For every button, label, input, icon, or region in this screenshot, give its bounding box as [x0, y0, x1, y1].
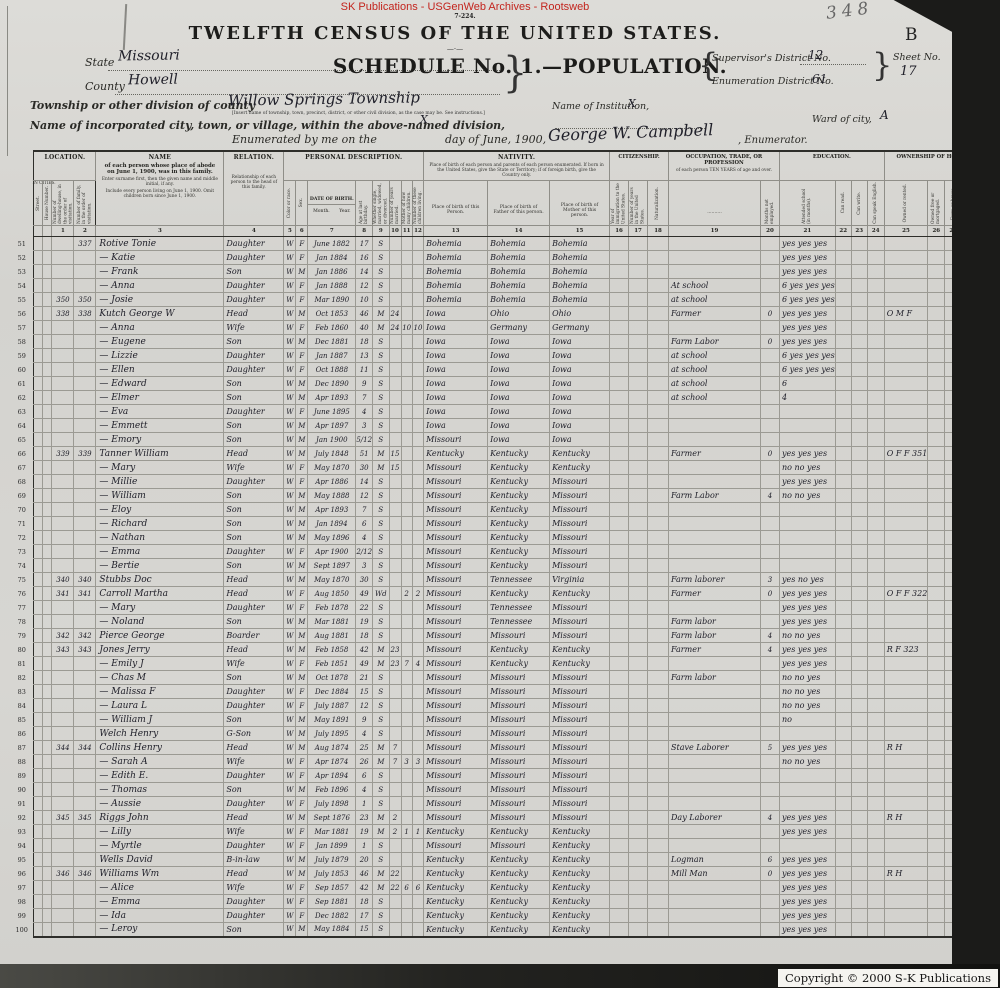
county-value: Howell — [128, 72, 178, 89]
years-in-us-cell — [629, 363, 648, 377]
age-cell: 19 — [356, 825, 373, 839]
mother-birthplace-cell: Missouri — [550, 531, 610, 545]
line-number: 67 — [10, 461, 34, 475]
children-living-cell — [412, 629, 423, 643]
city-label: Name of incorporated city, town, or vill… — [30, 119, 505, 132]
census-row: 58— EugeneSonWMDec 188118SIowaIowaIowaFa… — [10, 335, 1000, 349]
column-number: 8 — [356, 226, 373, 237]
left-gutter — [10, 151, 34, 237]
house-number-cell — [43, 783, 52, 797]
relation-cell: Son — [224, 391, 284, 405]
education-cell — [779, 769, 835, 783]
occupation-cell — [669, 769, 761, 783]
birthplace-cell: Missouri — [424, 755, 488, 769]
ownership-cell — [884, 391, 928, 405]
can-read-cell — [835, 657, 851, 671]
mother-of-children-cell — [401, 265, 412, 279]
months-not-employed-cell — [760, 769, 779, 783]
can-write-cell — [851, 573, 867, 587]
sex-cell: F — [296, 405, 308, 419]
line-number: 91 — [10, 797, 34, 811]
census-row: 74— BertieSonWMSept 18973SMissouriKentuc… — [10, 559, 1000, 573]
years-married-cell — [389, 671, 401, 685]
speaks-english-cell — [867, 405, 884, 419]
line-number: 75 — [10, 573, 34, 587]
name-cell: — Nathan — [96, 531, 224, 545]
mother-birthplace-cell: Iowa — [550, 433, 610, 447]
education-cell: no no yes — [779, 461, 835, 475]
column-number: 19 — [669, 226, 761, 237]
marital-status-cell: M — [373, 321, 389, 335]
education-cell: yes yes yes — [779, 251, 835, 265]
birthplace-cell: Iowa — [424, 377, 488, 391]
sheet-label: Sheet No. — [893, 52, 941, 63]
relation-cell: Daughter — [224, 293, 284, 307]
free-mortgaged-cell — [928, 391, 945, 405]
header-occupation: OCCUPATION, TRADE, OR PROFESSION of each… — [669, 151, 780, 181]
census-row: 71— RichardSonWMJan 18946SMissouriKentuc… — [10, 517, 1000, 531]
house-number-cell — [43, 279, 52, 293]
education-cell: 6 — [779, 377, 835, 391]
can-write-cell — [851, 293, 867, 307]
free-mortgaged-cell — [928, 839, 945, 853]
name-cell: — Elmer — [96, 391, 224, 405]
can-read-cell — [835, 265, 851, 279]
color-cell: W — [284, 727, 296, 741]
census-row: 73— EmmaDaughterWFApr 19002/12SMissouriK… — [10, 545, 1000, 559]
years-in-us-cell — [629, 895, 648, 909]
mother-birthplace-cell: Bohemia — [550, 293, 610, 307]
dwelling-number-cell — [52, 657, 74, 671]
speaks-english-cell — [867, 783, 884, 797]
relation-cell: Son — [224, 419, 284, 433]
years-in-us-cell — [629, 419, 648, 433]
dwelling-number-cell — [52, 251, 74, 265]
children-living-cell — [412, 923, 423, 937]
can-read-cell — [835, 545, 851, 559]
speaks-english-cell — [867, 503, 884, 517]
occupation-cell — [669, 825, 761, 839]
marital-status-cell: S — [373, 727, 389, 741]
sex-cell: M — [296, 531, 308, 545]
immigration-year-cell — [610, 461, 629, 475]
name-cell: Pierce George — [96, 629, 224, 643]
years-married-cell — [389, 335, 401, 349]
naturalization-cell — [648, 489, 669, 503]
speaks-english-cell — [867, 699, 884, 713]
can-write-cell — [851, 251, 867, 265]
free-mortgaged-cell — [928, 797, 945, 811]
birth-date-cell: May 1896 — [308, 531, 356, 545]
age-cell: 23 — [356, 811, 373, 825]
can-write-cell — [851, 391, 867, 405]
age-cell: 7 — [356, 503, 373, 517]
birthplace-cell: Missouri — [424, 433, 488, 447]
can-write-cell — [851, 629, 867, 643]
can-write-cell — [851, 797, 867, 811]
months-not-employed-cell — [760, 615, 779, 629]
marital-status-cell: S — [373, 391, 389, 405]
sex-cell: M — [296, 573, 308, 587]
ownership-cell: R H — [884, 741, 928, 755]
birth-date-cell: Aug 1874 — [308, 741, 356, 755]
education-cell: yes yes yes — [779, 741, 835, 755]
column-number: 5 — [284, 226, 296, 237]
years-married-cell — [389, 349, 401, 363]
name-cell: — Ellen — [96, 363, 224, 377]
children-living-cell — [412, 531, 423, 545]
occupation-cell: Farm Labor — [669, 335, 761, 349]
naturalization-cell — [648, 755, 669, 769]
mother-of-children-cell — [401, 461, 412, 475]
years-in-us-cell — [629, 755, 648, 769]
dwelling-number-cell: 342 — [52, 629, 74, 643]
years-married-cell — [389, 489, 401, 503]
speaks-english-cell — [867, 237, 884, 251]
free-mortgaged-cell — [928, 363, 945, 377]
state-label: State — [85, 56, 114, 69]
relation-cell: Daughter — [224, 909, 284, 923]
years-in-us-cell — [629, 699, 648, 713]
dwelling-number-cell — [52, 769, 74, 783]
birth-date-cell: Sep 1857 — [308, 881, 356, 895]
name-cell: — William — [96, 489, 224, 503]
dwelling-number-cell — [52, 601, 74, 615]
header-mother-birthplace: Place of birth of Mother of this person. — [550, 181, 610, 226]
color-cell: W — [284, 461, 296, 475]
column-number: 1 — [52, 226, 74, 237]
birthplace-cell: Missouri — [424, 643, 488, 657]
can-write-cell — [851, 307, 867, 321]
line-number: 69 — [10, 489, 34, 503]
marital-status-cell: S — [373, 769, 389, 783]
marital-status-cell: S — [373, 559, 389, 573]
months-not-employed-cell — [760, 377, 779, 391]
census-row: 92345345Riggs JohnHeadWMSept 187623M2Mis… — [10, 811, 1000, 825]
marital-status-cell: S — [373, 601, 389, 615]
children-living-cell — [412, 839, 423, 853]
birth-date-cell: Jan 1899 — [308, 839, 356, 853]
can-read-cell — [835, 461, 851, 475]
free-mortgaged-cell — [928, 559, 945, 573]
occupation-cell — [669, 503, 761, 517]
birthplace-cell: Missouri — [424, 797, 488, 811]
family-number-cell — [74, 433, 96, 447]
education-cell: yes no yes — [779, 573, 835, 587]
census-row: 72— NathanSonWMMay 18964SMissouriKentuck… — [10, 531, 1000, 545]
dwelling-number-cell — [52, 713, 74, 727]
census-tbody: 51337Rotive TonieDaughterWFJune 188217SB… — [10, 237, 1000, 937]
ownership-cell: R H — [884, 811, 928, 825]
mother-of-children-cell — [401, 713, 412, 727]
immigration-year-cell — [610, 363, 629, 377]
age-cell: 51 — [356, 447, 373, 461]
age-cell: 7 — [356, 391, 373, 405]
education-cell: yes yes yes — [779, 643, 835, 657]
children-living-cell — [412, 405, 423, 419]
children-living-cell — [412, 293, 423, 307]
ownership-cell — [884, 825, 928, 839]
sex-cell: M — [296, 335, 308, 349]
father-birthplace-cell: Iowa — [488, 391, 550, 405]
children-living-cell — [412, 475, 423, 489]
street-cell — [34, 321, 43, 335]
census-row: 87344344Collins HenryHeadWMAug 187425M7M… — [10, 741, 1000, 755]
mother-birthplace-cell: Kentucky — [550, 447, 610, 461]
months-not-employed-cell — [760, 503, 779, 517]
dwelling-number-cell — [52, 895, 74, 909]
relation-cell: Son — [224, 559, 284, 573]
can-write-cell — [851, 433, 867, 447]
relation-cell: Son — [224, 531, 284, 545]
years-married-cell — [389, 405, 401, 419]
birthplace-cell: Bohemia — [424, 279, 488, 293]
relation-cell: Daughter — [224, 279, 284, 293]
speaks-english-cell — [867, 587, 884, 601]
occupation-cell — [669, 881, 761, 895]
months-not-employed-cell — [760, 251, 779, 265]
can-write-cell — [851, 335, 867, 349]
father-birthplace-cell: Kentucky — [488, 503, 550, 517]
months-not-employed-cell — [760, 475, 779, 489]
mother-birthplace-cell: Missouri — [550, 727, 610, 741]
census-row: 55350350— JosieDaughterWFMar 189010SBohe… — [10, 293, 1000, 307]
house-number-cell — [43, 797, 52, 811]
speaks-english-cell — [867, 923, 884, 937]
relation-cell: Head — [224, 307, 284, 321]
education-cell: yes yes yes — [779, 825, 835, 839]
can-read-cell — [835, 489, 851, 503]
mother-of-children-cell — [401, 335, 412, 349]
marital-status-cell: M — [373, 461, 389, 475]
relation-cell: Daughter — [224, 405, 284, 419]
can-write-cell — [851, 783, 867, 797]
house-number-cell — [43, 377, 52, 391]
can-read-cell — [835, 447, 851, 461]
relation-cell: Son — [224, 503, 284, 517]
immigration-year-cell — [610, 503, 629, 517]
marital-status-cell: S — [373, 615, 389, 629]
street-cell — [34, 867, 43, 881]
immigration-year-cell — [610, 839, 629, 853]
birthplace-cell: Missouri — [424, 699, 488, 713]
header-education: EDUCATION. — [779, 151, 884, 181]
can-write-cell — [851, 419, 867, 433]
header-years-married: Number of years married. — [389, 181, 401, 226]
line-number: 73 — [10, 545, 34, 559]
column-number — [34, 226, 43, 237]
family-number-cell: 341 — [74, 587, 96, 601]
can-write-cell — [851, 349, 867, 363]
father-birthplace-cell: Missouri — [488, 797, 550, 811]
occupation-cell: at school — [669, 391, 761, 405]
years-married-cell: 23 — [389, 657, 401, 671]
family-number-cell — [74, 335, 96, 349]
years-in-us-cell — [629, 769, 648, 783]
color-cell: W — [284, 531, 296, 545]
children-living-cell — [412, 489, 423, 503]
months-not-employed-cell: 5 — [760, 741, 779, 755]
months-not-employed-cell — [760, 895, 779, 909]
name-cell: — Eloy — [96, 503, 224, 517]
enumeration-district-value: 61 — [812, 72, 827, 86]
name-cell: — Eugene — [96, 335, 224, 349]
birth-date-cell: Sept 1876 — [308, 811, 356, 825]
ownership-cell: R H — [884, 867, 928, 881]
years-married-cell — [389, 923, 401, 937]
months-not-employed-cell: 0 — [760, 307, 779, 321]
children-living-cell: 6 — [412, 881, 423, 895]
speaks-english-cell — [867, 671, 884, 685]
dwelling-number-cell — [52, 923, 74, 937]
father-birthplace-cell: Kentucky — [488, 643, 550, 657]
dwelling-number-cell — [52, 699, 74, 713]
marital-status-cell: M — [373, 811, 389, 825]
name-cell: — Thomas — [96, 783, 224, 797]
can-write-cell — [851, 363, 867, 377]
birth-date-cell: July 1879 — [308, 853, 356, 867]
header-sex: Sex. — [296, 181, 308, 226]
schedule-title: SCHEDULE No. 1.—POPULATION. — [330, 54, 730, 78]
years-married-cell — [389, 377, 401, 391]
birth-date-cell: Feb 1896 — [308, 783, 356, 797]
marital-status-cell: S — [373, 671, 389, 685]
free-mortgaged-cell — [928, 279, 945, 293]
immigration-year-cell — [610, 825, 629, 839]
immigration-year-cell — [610, 279, 629, 293]
line-number: 53 — [10, 265, 34, 279]
street-cell — [34, 881, 43, 895]
education-cell: yes yes yes — [779, 447, 835, 461]
sex-cell: F — [296, 839, 308, 853]
street-cell — [34, 587, 43, 601]
years-in-us-cell — [629, 391, 648, 405]
family-number-cell — [74, 895, 96, 909]
line-number: 55 — [10, 293, 34, 307]
census-row: 60— EllenDaughterWFOct 188811SIowaIowaIo… — [10, 363, 1000, 377]
years-in-us-cell — [629, 335, 648, 349]
free-mortgaged-cell — [928, 699, 945, 713]
children-living-cell — [412, 265, 423, 279]
father-birthplace-cell: Kentucky — [488, 531, 550, 545]
mother-of-children-cell — [401, 839, 412, 853]
can-write-cell — [851, 461, 867, 475]
children-living-cell — [412, 797, 423, 811]
marital-status-cell: M — [373, 741, 389, 755]
immigration-year-cell — [610, 405, 629, 419]
naturalization-cell — [648, 419, 669, 433]
free-mortgaged-cell — [928, 713, 945, 727]
age-cell: 30 — [356, 461, 373, 475]
immigration-year-cell — [610, 671, 629, 685]
education-cell: yes yes yes — [779, 475, 835, 489]
mother-birthplace-cell: Kentucky — [550, 909, 610, 923]
free-mortgaged-cell — [928, 573, 945, 587]
age-cell: 14 — [356, 265, 373, 279]
age-cell: 12 — [356, 489, 373, 503]
age-cell: 3 — [356, 559, 373, 573]
street-cell — [34, 783, 43, 797]
ownership-cell — [884, 293, 928, 307]
can-read-cell — [835, 629, 851, 643]
state-value: Missouri — [118, 47, 180, 64]
father-birthplace-cell: Kentucky — [488, 825, 550, 839]
name-cell: — Emma — [96, 545, 224, 559]
naturalization-cell — [648, 433, 669, 447]
family-number-cell — [74, 923, 96, 937]
name-cell: — Laura L — [96, 699, 224, 713]
name-cell: Welch Henry — [96, 727, 224, 741]
street-cell — [34, 643, 43, 657]
mother-of-children-cell: 10 — [401, 321, 412, 335]
name-cell: Riggs John — [96, 811, 224, 825]
dwelling-number-cell — [52, 909, 74, 923]
years-in-us-cell — [629, 727, 648, 741]
occupation-cell — [669, 321, 761, 335]
line-number: 70 — [10, 503, 34, 517]
family-number-cell: 342 — [74, 629, 96, 643]
can-write-cell — [851, 237, 867, 251]
mother-birthplace-cell: Germany — [550, 321, 610, 335]
education-cell: yes yes yes — [779, 923, 835, 937]
dwelling-number-cell — [52, 237, 74, 251]
mother-birthplace-cell: Missouri — [550, 489, 610, 503]
father-birthplace-cell: Missouri — [488, 713, 550, 727]
color-cell: W — [284, 839, 296, 853]
birthplace-cell: Missouri — [424, 475, 488, 489]
name-cell: Jones Jerry — [96, 643, 224, 657]
relation-cell: Boarder — [224, 629, 284, 643]
dwelling-number-cell — [52, 349, 74, 363]
age-cell: 19 — [356, 615, 373, 629]
free-mortgaged-cell — [928, 265, 945, 279]
can-read-cell — [835, 531, 851, 545]
relation-cell: Wife — [224, 755, 284, 769]
mother-birthplace-cell: Missouri — [550, 741, 610, 755]
mother-birthplace-cell: Ohio — [550, 307, 610, 321]
line-number: 68 — [10, 475, 34, 489]
can-read-cell — [835, 853, 851, 867]
family-number-cell: 345 — [74, 811, 96, 825]
birth-date-cell: Mar 1890 — [308, 293, 356, 307]
marital-status-cell: S — [373, 237, 389, 251]
color-cell: W — [284, 405, 296, 419]
family-number-cell — [74, 755, 96, 769]
color-cell: W — [284, 335, 296, 349]
immigration-year-cell — [610, 559, 629, 573]
color-cell: W — [284, 391, 296, 405]
dwelling-number-cell — [52, 433, 74, 447]
dwelling-number-cell — [52, 517, 74, 531]
years-married-cell: 15 — [389, 447, 401, 461]
age-cell: 9 — [356, 713, 373, 727]
family-number-cell — [74, 727, 96, 741]
years-in-us-cell — [629, 461, 648, 475]
education-cell: 6 yes yes yes — [779, 349, 835, 363]
immigration-year-cell — [610, 349, 629, 363]
speaks-english-cell — [867, 307, 884, 321]
mother-birthplace-cell: Iowa — [550, 419, 610, 433]
mother-birthplace-cell: Missouri — [550, 629, 610, 643]
education-cell: yes yes yes — [779, 657, 835, 671]
house-number-cell — [43, 867, 52, 881]
line-number: 86 — [10, 727, 34, 741]
family-number-cell: 339 — [74, 447, 96, 461]
years-in-us-cell — [629, 881, 648, 895]
relation-cell: Daughter — [224, 237, 284, 251]
color-cell: W — [284, 503, 296, 517]
years-in-us-cell — [629, 475, 648, 489]
